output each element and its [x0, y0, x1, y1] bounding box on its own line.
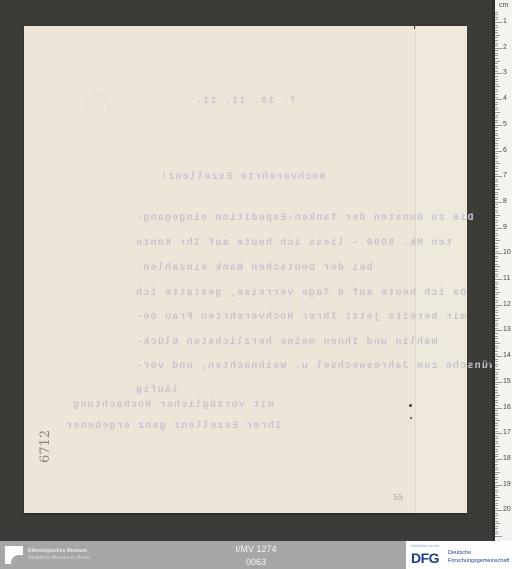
ruler-tick: [495, 73, 502, 74]
ruler-tick: [495, 99, 502, 100]
ruler-tick: [495, 120, 498, 121]
ruler-tick: [495, 68, 498, 69]
ruler-tick: [495, 390, 498, 391]
ruler-tick: [495, 420, 500, 421]
dfg-name-line2: Forschungsgemeinschaft: [448, 558, 509, 564]
page-pencil-mark: 55: [393, 493, 403, 502]
ruler-tick: [495, 287, 498, 288]
ruler-tick: [495, 233, 498, 234]
ruler-tick: [495, 91, 498, 92]
ruler-tick: [495, 472, 500, 473]
ruler-tick: [495, 251, 498, 252]
ruler-label: 19: [503, 481, 511, 488]
ruler-tick: [495, 117, 498, 118]
ruler-tick: [495, 464, 498, 465]
ruler-tick: [495, 151, 502, 152]
ruler-tick: [495, 122, 498, 123]
mirrored-text-line: mit vorzüglicher Hochachtung: [72, 400, 274, 411]
ruler-tick: [495, 479, 498, 480]
ruler-tick: [495, 374, 498, 375]
ruler-tick: [495, 395, 500, 396]
ruler-tick: [495, 438, 498, 439]
ruler-tick: [495, 490, 498, 491]
ruler-tick: [495, 153, 498, 154]
mirrored-text-line: läufig: [135, 385, 178, 396]
mirrored-text-line: ten Mk. 5000.- liess ich heute auf Ihr K…: [135, 238, 452, 249]
ruler-tick: [495, 482, 498, 483]
ruler-tick: [495, 35, 500, 36]
ruler-tick: [495, 513, 498, 514]
ruler-tick: [495, 415, 498, 416]
ruler-tick: [495, 217, 498, 218]
ruler-tick: [495, 320, 498, 321]
ruler-tick: [495, 379, 498, 380]
ruler-tick: [495, 356, 502, 357]
ruler-tick: [495, 533, 498, 534]
ruler-tick: [495, 171, 498, 172]
ruler-tick: [495, 238, 498, 239]
ruler-tick: [495, 305, 502, 306]
ruler-tick: [495, 346, 498, 347]
ruler-tick: [495, 284, 498, 285]
ruler-tick: [495, 312, 498, 313]
ruler-tick: [495, 333, 498, 334]
ruler-tick: [495, 225, 498, 226]
ruler-tick: [495, 25, 498, 26]
ruler-tick: [495, 79, 498, 80]
ruler-tick: [495, 66, 498, 67]
ruler-tick: [495, 523, 500, 524]
ruler-tick: [495, 351, 498, 352]
ruler-tick: [495, 449, 498, 450]
ruler-tick: [495, 433, 502, 434]
ruler-tick: [495, 158, 498, 159]
ruler-tick: [495, 130, 498, 131]
ruler-tick: [495, 81, 498, 82]
ruler-tick: [495, 418, 498, 419]
ruler-tick: [495, 446, 500, 447]
ruler-tick: [495, 528, 498, 529]
ruler-tick: [495, 210, 498, 211]
ruler-tick: [495, 163, 500, 164]
mirrored-text-line: Da ich heute auf 8 Tage verreise, gestat…: [135, 288, 466, 299]
ruler-tick: [495, 300, 498, 301]
ruler-tick: [495, 133, 498, 134]
punch-hole: [410, 417, 412, 419]
ruler-tick: [495, 310, 498, 311]
ruler-tick: [495, 382, 502, 383]
ruler-tick: [495, 343, 500, 344]
ruler-tick: [495, 14, 498, 15]
ruler-tick: [495, 199, 498, 200]
ruler-tick: [495, 215, 500, 216]
ruler-tick: [495, 107, 498, 108]
ruler-tick: [495, 61, 500, 62]
ruler-tick: [495, 230, 498, 231]
ruler-tick: [495, 112, 500, 113]
ruler-tick: [495, 269, 498, 270]
ruler-tick: [495, 32, 498, 33]
punch-hole: [409, 404, 412, 407]
mirrored-text-line: Die zu Gunsten der Tanken-Expedition ein…: [135, 213, 473, 224]
ruler-tick: [495, 469, 498, 470]
ruler-label: 5: [503, 121, 507, 128]
ruler-tick: [495, 220, 498, 221]
ruler-tick: [495, 467, 498, 468]
ruler-tick: [495, 19, 498, 20]
ruler-tick: [495, 477, 498, 478]
ruler-tick: [495, 40, 498, 41]
ruler-tick: [495, 50, 498, 51]
ruler-tick: [495, 505, 498, 506]
ruler-tick: [495, 115, 498, 116]
ruler-tick: [495, 30, 498, 31]
scan-area: 7. 10. 11. 11.Hochverehrte Exzellenz!Die…: [0, 0, 492, 541]
mirrored-text-line: Hochverehrte Exzellenz!: [160, 172, 326, 183]
ruler-tick: [495, 86, 500, 87]
ruler-tick: [495, 192, 498, 193]
ruler-tick: [495, 325, 498, 326]
ruler-tick: [495, 536, 502, 537]
ruler-tick: [495, 256, 498, 257]
funded-by-label: Gefördert durch: [411, 543, 439, 548]
ruler-tick: [495, 443, 498, 444]
ruler-tick: [495, 364, 498, 365]
ruler-tick: [495, 161, 498, 162]
faint-stamp-circle: [86, 94, 110, 118]
ruler-tick: [495, 323, 498, 324]
ruler-tick: [495, 168, 498, 169]
ruler-tick: [495, 135, 498, 136]
ruler-tick: [495, 413, 498, 414]
ruler-tick: [495, 492, 498, 493]
ruler-tick: [495, 102, 498, 103]
inventory-pencil-mark: 6712: [38, 430, 53, 463]
ruler-tick: [495, 243, 498, 244]
ruler-tick: [495, 181, 498, 182]
ruler-tick: [495, 138, 500, 139]
ruler-tick: [495, 48, 502, 49]
ruler-tick: [495, 302, 498, 303]
dfg-logo-icon: DFG: [411, 550, 439, 566]
ruler-tick: [495, 94, 498, 95]
ruler-tick: [495, 497, 500, 498]
ruler-tick: [495, 294, 498, 295]
ruler-label: 10: [503, 249, 511, 256]
ruler-label: 18: [503, 455, 511, 462]
ruler-label: 3: [503, 69, 507, 76]
ruler-tick: [495, 461, 498, 462]
ruler-tick: [495, 17, 498, 18]
ruler-tick: [495, 341, 498, 342]
ruler-tick: [495, 27, 498, 28]
ruler-tick: [495, 515, 498, 516]
ruler-tick: [495, 156, 498, 157]
ruler-label: 15: [503, 378, 511, 385]
ruler-tick: [495, 55, 498, 56]
ruler-tick: [495, 315, 498, 316]
ruler-tick: [495, 526, 498, 527]
ruler-tick: [495, 495, 498, 496]
ruler-tick: [495, 397, 498, 398]
ruler-tick: [495, 456, 498, 457]
ruler-tick: [495, 189, 500, 190]
ruler-tick: [495, 204, 498, 205]
ruler-tick: [495, 500, 498, 501]
ruler-tick: [495, 487, 498, 488]
ruler-tick: [495, 58, 498, 59]
ruler-tick: [495, 184, 498, 185]
ruler-tick: [495, 235, 498, 236]
ruler-tick: [495, 197, 498, 198]
mirrored-text-line: Ihrer Exzellenz ganz ergebener: [65, 421, 281, 432]
ruler-tick: [495, 338, 498, 339]
ruler-tick: [495, 377, 498, 378]
ruler-tick: [495, 392, 498, 393]
ruler-tick: [495, 228, 502, 229]
ruler-tick: [495, 451, 498, 452]
ruler-tick: [495, 372, 498, 373]
ruler-tick: [495, 384, 498, 385]
ruler-tick: [495, 459, 502, 460]
ruler-tick: [495, 369, 500, 370]
ruler-tick: [495, 274, 498, 275]
ruler-tick: [495, 222, 498, 223]
ruler-tick: [495, 12, 498, 13]
ruler-tick: [495, 510, 502, 511]
ruler-tick: [495, 485, 502, 486]
ruler-tick: [495, 246, 498, 247]
ruler-tick: [495, 127, 498, 128]
ruler-tick: [495, 318, 500, 319]
ruler-tick: [495, 63, 498, 64]
ruler-tick: [495, 271, 498, 272]
ruler-tick: [495, 441, 498, 442]
ruler-tick: [495, 266, 500, 267]
ruler-tick: [495, 423, 498, 424]
ruler-tick: [495, 405, 498, 406]
ruler-tick: [495, 84, 498, 85]
ruler-tick: [495, 125, 502, 126]
ruler-label: 11: [503, 275, 510, 282]
ruler-tick: [495, 307, 498, 308]
ruler-tick: [495, 43, 498, 44]
ruler-tick: [495, 76, 498, 77]
ruler-tick: [495, 521, 498, 522]
ruler-tick: [495, 22, 502, 23]
ruler-tick: [495, 402, 498, 403]
ruler-tick: [495, 145, 498, 146]
ruler-tick: [495, 508, 498, 509]
ruler-tick: [495, 292, 500, 293]
ruler-tick: [495, 289, 498, 290]
ruler-tick: [495, 186, 498, 187]
ruler-tick: [495, 166, 498, 167]
ruler-tick: [495, 410, 498, 411]
ruler-label: 17: [503, 429, 511, 436]
ruler-tick: [495, 503, 498, 504]
ruler-label: 1: [503, 18, 507, 25]
ruler-tick: [495, 282, 498, 283]
ruler-tick: [495, 425, 498, 426]
ruler-tick: [495, 518, 498, 519]
ruler-label: 6: [503, 147, 507, 154]
ruler-tick: [495, 264, 498, 265]
mirrored-text-line: mir bereits jetzt Ihrer Hochverehrten Fr…: [135, 312, 466, 323]
ruler-label: 13: [503, 326, 511, 333]
ruler-unit-label: cm: [499, 2, 508, 9]
ruler-label: 7: [503, 172, 507, 179]
ruler-tick: [495, 89, 498, 90]
ruler-tick: [495, 45, 498, 46]
ruler-tick: [495, 240, 500, 241]
ruler-tick: [495, 431, 498, 432]
ruler-tick: [495, 531, 498, 532]
ruler-tick: [495, 258, 498, 259]
ruler-tick: [495, 109, 498, 110]
ruler-tick: [495, 361, 498, 362]
ruler-tick: [495, 253, 502, 254]
ruler-label: 8: [503, 198, 507, 205]
ruler-tick: [495, 53, 498, 54]
ruler-label: 20: [503, 506, 511, 513]
ruler-tick: [495, 279, 502, 280]
folded-edge-strip: [415, 26, 467, 513]
ruler-tick: [495, 148, 498, 149]
ruler-label: 4: [503, 95, 507, 102]
ruler-tick: [495, 474, 498, 475]
ruler-tick: [495, 140, 498, 141]
ruler-tick: [495, 194, 498, 195]
ruler-tick: [495, 359, 498, 360]
ruler-tick: [495, 71, 498, 72]
mirrored-text-line: 7. 10. 11. 11.: [195, 96, 296, 107]
ruler-label: 14: [503, 352, 511, 359]
ruler-tick: [495, 297, 498, 298]
ruler-tick: [495, 330, 502, 331]
ruler-label: 9: [503, 224, 507, 231]
ruler-tick: [495, 174, 498, 175]
ruler-tick: [495, 454, 498, 455]
ruler-tick: [495, 276, 498, 277]
ruler-tick: [495, 248, 498, 249]
ruler-tick: [495, 176, 502, 177]
ruler-tick: [495, 366, 498, 367]
ruler-tick: [495, 400, 498, 401]
cm-ruler: cm 1234567891011121314151617181920: [492, 0, 512, 541]
ruler-tick: [495, 143, 498, 144]
mirrored-text-line: bei der Deutschen Bank einzahlen.: [135, 263, 373, 274]
ruler-tick: [495, 387, 498, 388]
ruler-tick: [495, 428, 498, 429]
ruler-label: 12: [503, 301, 511, 308]
dfg-funder-box: Gefördert durch DFG Deutsche Forschungsg…: [406, 541, 512, 569]
ruler-tick: [495, 354, 498, 355]
ruler-tick: [495, 348, 498, 349]
ruler-tick: [495, 212, 498, 213]
mirrored-text-line: mahlin und Ihnen meine herzlichsten Glüc…: [135, 337, 437, 348]
ruler-tick: [495, 207, 498, 208]
ruler-tick: [495, 202, 502, 203]
dfg-name-line1: Deutsche: [448, 550, 471, 556]
ruler-tick: [495, 328, 498, 329]
ruler-tick: [495, 261, 498, 262]
ruler-tick: [495, 436, 498, 437]
ruler-tick: [495, 104, 498, 105]
ruler-tick: [495, 336, 498, 337]
ruler-tick: [495, 179, 498, 180]
ruler-tick: [495, 97, 498, 98]
ruler-label: 16: [503, 404, 511, 411]
ruler-tick: [495, 37, 498, 38]
ruler-tick: [495, 408, 502, 409]
mirrored-text-line: wünsche zum Jahreswechsel u. Weihnachten…: [135, 361, 495, 372]
ruler-label: 2: [503, 44, 507, 51]
